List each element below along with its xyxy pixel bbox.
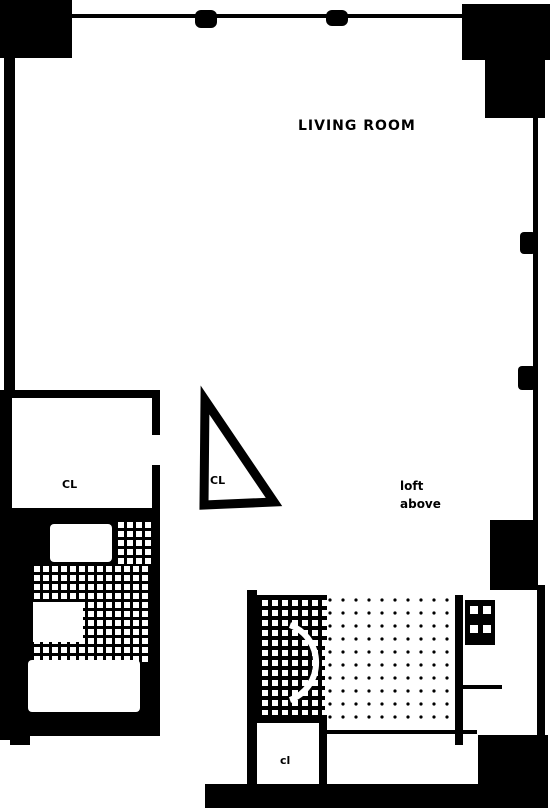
living-room-label: LIVING ROOM bbox=[298, 118, 416, 134]
wall-right bbox=[533, 110, 538, 530]
sink bbox=[50, 524, 112, 562]
closet-triangle-label: CL bbox=[210, 474, 225, 487]
floor-plan: CL CL cl LIVING ROOM loft ab bbox=[0, 0, 550, 808]
wall-left-upper bbox=[4, 58, 15, 393]
closet-kitchen-label: cl bbox=[280, 754, 290, 767]
pilaster-right-1 bbox=[520, 232, 536, 254]
wall-top bbox=[70, 14, 470, 18]
column-top-left bbox=[0, 0, 72, 58]
bathroom bbox=[10, 515, 160, 745]
wall-right-lower bbox=[537, 585, 545, 745]
column-top-right bbox=[462, 4, 550, 60]
loft-label-line2: above bbox=[400, 497, 441, 511]
counter-line bbox=[462, 685, 502, 689]
bathtub bbox=[28, 660, 140, 712]
closet-left-label: CL bbox=[62, 478, 77, 491]
closet-left bbox=[10, 390, 160, 520]
column-top-right-lower bbox=[485, 58, 545, 118]
pilaster-top-1 bbox=[195, 10, 217, 28]
toilet-area bbox=[33, 602, 83, 642]
closet-triangle bbox=[204, 400, 274, 505]
pilaster-top-2 bbox=[326, 10, 348, 26]
loft-label-line1: loft bbox=[400, 479, 424, 493]
column-right-mid bbox=[490, 520, 538, 590]
pilaster-right-2 bbox=[518, 366, 536, 390]
kitchen-open-area bbox=[325, 640, 405, 710]
